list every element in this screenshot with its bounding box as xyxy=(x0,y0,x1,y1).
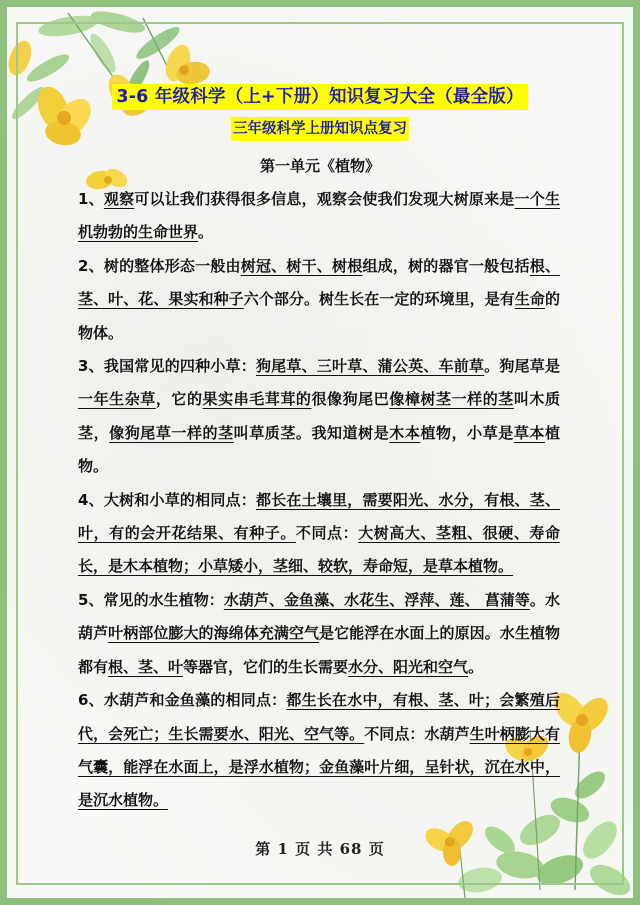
title-container: 3-6 年级科学（上+下册）知识复习大全（最全版） xyxy=(0,84,640,110)
underlined-key-term: 水葫芦、金鱼藻、水花生、浮萍、莲、 菖蒲等 xyxy=(224,591,530,609)
underlined-key-term: 草本 xyxy=(514,424,545,442)
underlined-key-term: 果实串毛茸茸的 xyxy=(203,390,312,408)
paragraph: 1、观察可以让我们获得很多信息，观察会使我们发现大树原来是一个生机勃勃的生命世界… xyxy=(78,183,560,250)
paragraph-text: 不同点： xyxy=(296,524,358,542)
paragraph-text: 等器官，它们的生长需要 xyxy=(183,658,348,676)
paragraph: 5、常见的水生植物：水葫芦、金鱼藻、水花生、浮萍、莲、 菖蒲等。水葫芦叶柄部位膨… xyxy=(78,584,560,684)
paragraph-text: 很像狗尾巴 xyxy=(311,390,389,408)
paragraph-text: 组成，树的器官一般包括 xyxy=(362,257,529,275)
document-page: 3-6 年级科学（上+下册）知识复习大全（最全版） 三年级科学上册知识点复习 第… xyxy=(0,0,640,905)
paragraph-text: ，它的 xyxy=(156,390,203,408)
paragraph: 3、我国常见的四种小草：狗尾草、三叶草、蒲公英、车前草。狗尾草是一年生杂草，它的… xyxy=(78,350,560,484)
underlined-key-term: 像樟树茎一样的茎 xyxy=(389,390,514,408)
paragraph: 4、大树和小草的相同点：都长在土壤里，需要阳光、水分，有根、茎、叶，有的会开花结… xyxy=(78,484,560,584)
subtitle-container: 三年级科学上册知识点复习 xyxy=(0,117,640,141)
underlined-key-term: 根、茎、叶 xyxy=(108,658,183,676)
paragraph-text: 1、 xyxy=(78,190,104,208)
paragraph-text: 。狗尾草是 xyxy=(484,357,560,375)
page-number: 第 1 页 共 68 页 xyxy=(255,840,384,858)
paragraph: 2、树的整体形态一般由树冠、树干、树根组成，树的器官一般包括根、茎、叶、花、果实… xyxy=(78,250,560,350)
paragraph-list: 1、观察可以让我们获得很多信息，观察会使我们发现大树原来是一个生机勃勃的生命世界… xyxy=(78,183,560,818)
paragraph-text: 。 xyxy=(198,223,213,241)
paragraph-text: 6、水葫芦和金鱼藻的相同点： xyxy=(78,691,286,709)
paragraph-text: 4、大树和小草的相同点： xyxy=(78,491,256,509)
document-subtitle: 三年级科学上册知识点复习 xyxy=(231,117,409,141)
paragraph-text: 5、常见的水生植物： xyxy=(78,591,224,609)
underlined-key-term: 像狗尾草一样的茎 xyxy=(109,424,234,442)
paragraph-text: 可以让我们获得很多信息，观察会使我们发现大树原来是 xyxy=(134,190,514,208)
paragraph-text: 叫草质茎。我知道树是 xyxy=(234,424,390,442)
underlined-key-term: 叶柄部位膨大的海绵体充满空气 xyxy=(108,624,319,642)
document-title: 3-6 年级科学（上+下册）知识复习大全（最全版） xyxy=(112,84,527,110)
underlined-key-term: 木本 xyxy=(389,424,420,442)
underlined-key-term: 观察 xyxy=(104,190,134,208)
unit-heading: 第一单元《植物》 xyxy=(260,157,380,175)
paragraph-text: 3、我国常见的四种小草： xyxy=(78,357,256,375)
underlined-key-term: 水分、阳光和空气 xyxy=(348,658,468,676)
paragraph-text: 六个部分。树生长在一定的环境里，是有 xyxy=(244,290,515,308)
paragraph-text: 植物，小草是 xyxy=(420,424,513,442)
underlined-key-term: 一年生杂草 xyxy=(78,390,156,408)
paragraph-text: 。 xyxy=(468,658,483,676)
paragraph: 6、水葫芦和金鱼藻的相同点：都生长在水中，有根、茎、叶；会繁殖后代，会死亡；生长… xyxy=(78,684,560,818)
underlined-key-term: 狗尾草、三叶草、蒲公英、车前草 xyxy=(256,357,484,375)
underlined-key-term: 树冠、树干、树根 xyxy=(241,257,363,275)
unit-heading-container: 第一单元《植物》 xyxy=(0,155,640,176)
underlined-key-term: 生命 xyxy=(515,290,545,308)
paragraph-text: 不同点：水葫芦 xyxy=(364,725,469,743)
paragraph-text: 2、树的整体形态一般由 xyxy=(78,257,241,275)
page-footer: 第 1 页 共 68 页 xyxy=(0,838,640,859)
